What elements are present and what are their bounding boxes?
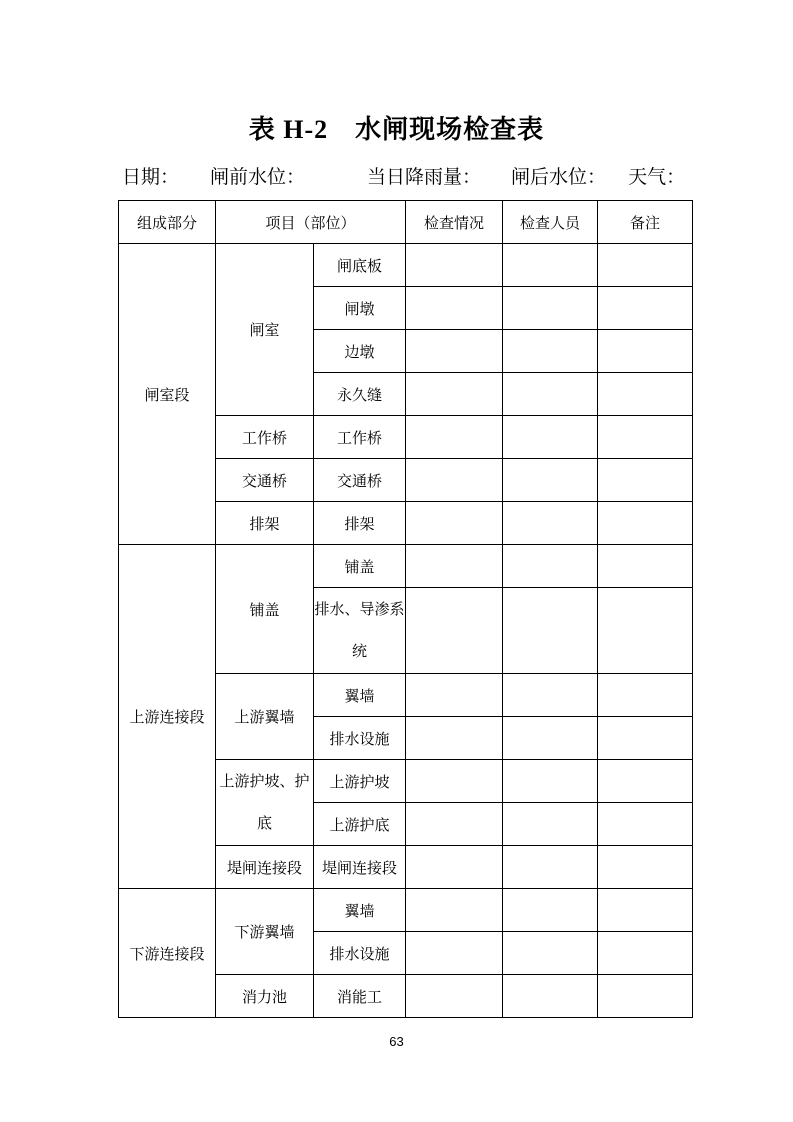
group-cell: 工作桥 [216,416,314,459]
remarks-cell [598,416,693,459]
item-cell: 堤闸连接段 [314,846,406,889]
inspector-cell [503,588,598,674]
table-row: 下游连接段 下游翼墙 翼墙 [119,889,693,932]
group-cell: 堤闸连接段 [216,846,314,889]
inspection-status-cell [406,760,503,803]
page-number: 63 [0,1034,793,1049]
inspection-status-cell [406,287,503,330]
group-cell: 上游翼墙 [216,674,314,760]
item-cell: 翼墙 [314,674,406,717]
item-cell: 上游护坡 [314,760,406,803]
inspector-cell [503,545,598,588]
item-cell: 永久缝 [314,373,406,416]
inspection-status-cell [406,975,503,1018]
remarks-cell [598,588,693,674]
header-item-part: 项目（部位） [216,201,406,244]
remarks-cell [598,846,693,889]
section-cell: 上游连接段 [119,545,216,889]
remarks-cell [598,459,693,502]
remarks-cell [598,717,693,760]
inspector-cell [503,889,598,932]
inspector-cell [503,459,598,502]
inspection-status-cell [406,373,503,416]
inspection-status-cell [406,932,503,975]
header-inspector: 检查人员 [503,201,598,244]
remarks-cell [598,975,693,1018]
item-cell: 工作桥 [314,416,406,459]
header-component: 组成部分 [119,201,216,244]
group-cell: 交通桥 [216,459,314,502]
remarks-cell [598,287,693,330]
inspector-cell [503,674,598,717]
inspection-status-cell [406,502,503,545]
remarks-cell [598,932,693,975]
item-cell: 排水、导渗系统 [314,588,406,674]
item-cell: 闸底板 [314,244,406,287]
item-cell: 上游护底 [314,803,406,846]
item-cell: 铺盖 [314,545,406,588]
remarks-cell [598,760,693,803]
item-cell: 边墩 [314,330,406,373]
remarks-cell [598,373,693,416]
group-cell: 下游翼墙 [216,889,314,975]
inspection-status-cell [406,846,503,889]
inspection-status-cell [406,717,503,760]
inspection-status-cell [406,459,503,502]
inspector-cell [503,244,598,287]
inspection-status-cell [406,244,503,287]
remarks-cell [598,803,693,846]
item-cell: 交通桥 [314,459,406,502]
header-inspection-status: 检查情况 [406,201,503,244]
inspection-table: 组成部分 项目（部位） 检查情况 检查人员 备注 闸室段 闸室 闸底板 闸墩 [118,200,693,1018]
item-cell: 消能工 [314,975,406,1018]
weather-label: 天气： [628,164,685,192]
inspection-status-cell [406,330,503,373]
remarks-cell [598,502,693,545]
group-cell: 消力池 [216,975,314,1018]
item-cell: 排架 [314,502,406,545]
header-remarks: 备注 [598,201,693,244]
remarks-cell [598,330,693,373]
inspector-cell [503,502,598,545]
group-cell: 铺盖 [216,545,314,674]
inspector-cell [503,416,598,459]
group-cell: 闸室 [216,244,314,416]
inspection-status-cell [406,803,503,846]
table-row: 上游连接段 铺盖 铺盖 [119,545,693,588]
inspection-status-cell [406,416,503,459]
header-info-line: 日期：闸前水位：当日降雨量：闸后水位：天气： [122,164,793,192]
date-label: 日期： [122,164,179,192]
inspector-cell [503,846,598,889]
inspector-cell [503,803,598,846]
daily-rainfall-label: 当日降雨量： [367,164,481,192]
group-cell: 上游护坡、护底 [216,760,314,846]
remarks-cell [598,889,693,932]
inspector-cell [503,373,598,416]
inspection-status-cell [406,889,503,932]
inspection-status-cell [406,674,503,717]
inspector-cell [503,330,598,373]
inspector-cell [503,975,598,1018]
item-cell: 排水设施 [314,717,406,760]
upstream-water-level-label: 闸前水位： [210,164,305,192]
inspector-cell [503,760,598,803]
section-cell: 下游连接段 [119,889,216,1018]
table-row: 闸室段 闸室 闸底板 [119,244,693,287]
table-header-row: 组成部分 项目（部位） 检查情况 检查人员 备注 [119,201,693,244]
section-cell: 闸室段 [119,244,216,545]
item-cell: 翼墙 [314,889,406,932]
remarks-cell [598,244,693,287]
document-page: 表 H-2 水闸现场检查表 日期：闸前水位：当日降雨量：闸后水位：天气： 组成部… [0,0,793,1122]
group-cell: 排架 [216,502,314,545]
inspection-status-cell [406,588,503,674]
inspector-cell [503,717,598,760]
remarks-cell [598,545,693,588]
inspector-cell [503,932,598,975]
remarks-cell [598,674,693,717]
inspection-status-cell [406,545,503,588]
item-cell: 排水设施 [314,932,406,975]
inspector-cell [503,287,598,330]
downstream-water-level-label: 闸后水位： [511,164,606,192]
page-title: 表 H-2 水闸现场检查表 [0,112,793,148]
item-cell: 闸墩 [314,287,406,330]
